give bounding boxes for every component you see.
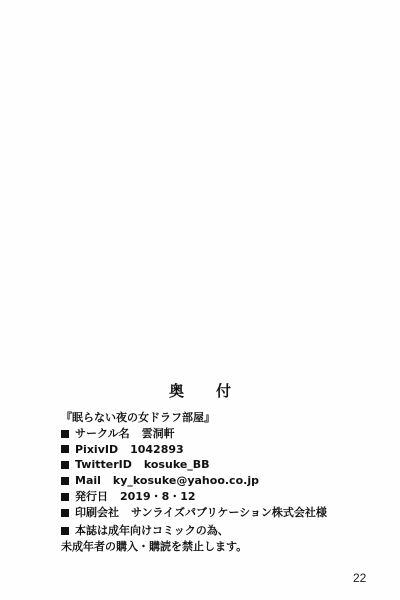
info-label: PixivID — [75, 442, 118, 458]
info-value: 1042893 — [130, 442, 184, 458]
colophon-info: 『眠らない夜の女ドラフ部屋』 サークル名 雲洞軒 PixivID 1042893… — [61, 410, 327, 521]
square-bullet-icon — [61, 445, 69, 453]
info-line-date: 発行日 2019・8・12 — [61, 489, 327, 505]
square-bullet-icon — [61, 477, 69, 485]
notice-line-1: 本誌は成年向けコミックの為、 — [61, 523, 247, 539]
notice-line-2: 未成年者の購入・購読を禁止します。 — [61, 539, 247, 555]
book-title: 『眠らない夜の女ドラフ部屋』 — [61, 410, 327, 426]
book-title-text: 『眠らない夜の女ドラフ部屋』 — [61, 410, 215, 426]
square-bullet-icon — [61, 493, 69, 501]
square-bullet-icon — [61, 509, 69, 517]
info-label: Mail — [75, 473, 101, 489]
info-line-pixiv: PixivID 1042893 — [61, 442, 327, 458]
square-bullet-icon — [61, 527, 69, 535]
info-value: 雲洞軒 — [142, 426, 175, 442]
square-bullet-icon — [61, 430, 69, 438]
page-number: 22 — [353, 571, 366, 585]
notice-text: 未成年者の購入・購読を禁止します。 — [61, 539, 247, 555]
info-label: TwitterID — [75, 457, 132, 473]
info-line-twitter: TwitterID kosuke_BB — [61, 457, 327, 473]
age-notice: 本誌は成年向けコミックの為、 未成年者の購入・購読を禁止します。 — [61, 523, 247, 554]
info-label: 発行日 — [75, 489, 108, 505]
colophon-heading-right: 付 — [216, 380, 231, 401]
book-page: 奥付 『眠らない夜の女ドラフ部屋』 サークル名 雲洞軒 PixivID 1042… — [0, 0, 400, 600]
square-bullet-icon — [61, 461, 69, 469]
info-value: サンライズパブリケーション株式会社様 — [131, 505, 327, 521]
info-label: サークル名 — [75, 426, 130, 442]
info-line-printer: 印刷会社 サンライズパブリケーション株式会社様 — [61, 505, 327, 521]
info-value: 2019・8・12 — [120, 489, 196, 505]
info-value: kosuke_BB — [144, 457, 210, 473]
notice-text: 本誌は成年向けコミックの為、 — [75, 523, 229, 539]
colophon-heading-left: 奥 — [169, 380, 184, 401]
colophon-heading: 奥付 — [0, 380, 400, 401]
info-line-circle: サークル名 雲洞軒 — [61, 426, 327, 442]
info-label: 印刷会社 — [75, 505, 119, 521]
info-value: ky_kosuke@yahoo.co.jp — [113, 473, 259, 489]
info-line-mail: Mail ky_kosuke@yahoo.co.jp — [61, 473, 327, 489]
